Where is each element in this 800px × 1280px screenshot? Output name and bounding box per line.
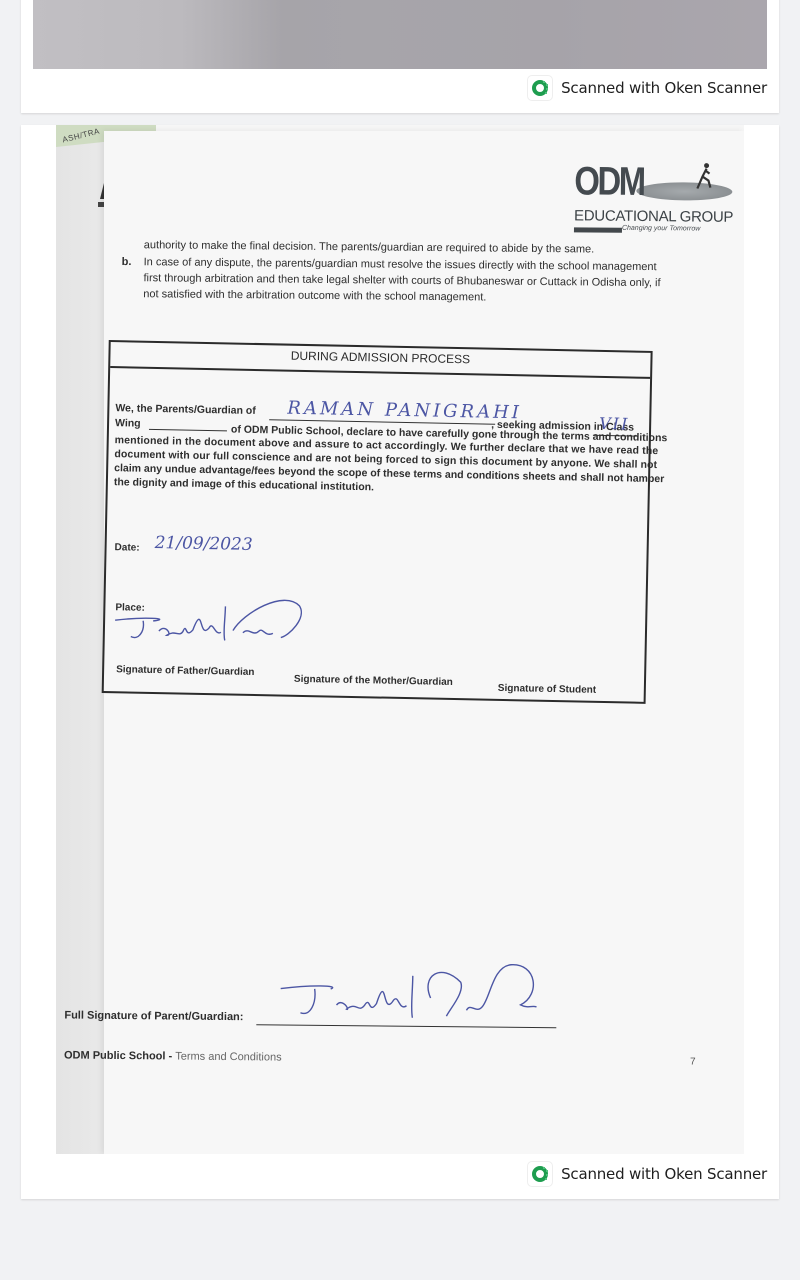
logo-bar: [574, 227, 622, 232]
oken-scanner-logo-icon: [527, 75, 553, 101]
logo-subtitle: EDUCATIONAL GROUP: [574, 207, 733, 226]
father-signature-label: Signature of Father/Guardian: [116, 662, 255, 681]
full-signature-drawing: [270, 954, 561, 1029]
clause-b-line: not satisfied with the arbitration outco…: [143, 286, 486, 305]
section-title: DURING ADMISSION PROCESS: [110, 345, 650, 370]
watermark-text: Scanned with Oken Scanner: [561, 1165, 767, 1183]
footer-school: ODM Public School: [64, 1049, 166, 1062]
scan-image-page-1: [33, 0, 767, 69]
logo-wordmark: ODM: [574, 161, 644, 202]
student-signature-label: Signature of Student: [498, 681, 597, 699]
document-viewer[interactable]: Scanned with Oken Scanner ASH/TRA ODM ED…: [0, 0, 800, 1280]
scanned-page-2[interactable]: ASH/TRA ODM EDUCATIONAL GROUP Changing y…: [21, 125, 779, 1199]
document-content: ODM EDUCATIONAL GROUP Changing your Tomo…: [56, 125, 744, 1154]
clause-b-marker: b.: [122, 254, 132, 270]
scan-image-page-2: ASH/TRA ODM EDUCATIONAL GROUP Changing y…: [56, 125, 744, 1154]
footer: ODM Public School - Terms and Conditions: [64, 1047, 282, 1065]
admission-declaration-box: DURING ADMISSION PROCESS We, the Parents…: [102, 340, 653, 704]
odm-logo: ODM EDUCATIONAL GROUP Changing your Tomo…: [575, 161, 735, 163]
scanned-page-1[interactable]: Scanned with Oken Scanner: [21, 0, 779, 113]
oken-scanner-logo-icon: [527, 1161, 553, 1187]
oken-watermark: Scanned with Oken Scanner: [527, 1161, 767, 1187]
wing-line: [149, 429, 227, 432]
wing-label: Wing: [115, 415, 141, 432]
logo-tagline: Changing your Tomorrow: [622, 225, 700, 233]
date-label: Date:: [114, 540, 139, 556]
oken-watermark: Scanned with Oken Scanner: [527, 75, 767, 101]
father-signature-drawing: [113, 590, 314, 654]
watermark-text: Scanned with Oken Scanner: [561, 79, 767, 97]
date-handwritten: 21/09/2023: [154, 533, 252, 555]
logo-oval: [636, 182, 732, 201]
footer-doc-title: Terms and Conditions: [175, 1051, 282, 1064]
mother-signature-label: Signature of the Mother/Guardian: [294, 672, 453, 691]
page-number: 7: [690, 1056, 696, 1067]
runner-icon: [694, 162, 712, 190]
full-signature-label: Full Signature of Parent/Guardian:: [64, 1007, 243, 1025]
footer-separator: -: [165, 1050, 175, 1062]
